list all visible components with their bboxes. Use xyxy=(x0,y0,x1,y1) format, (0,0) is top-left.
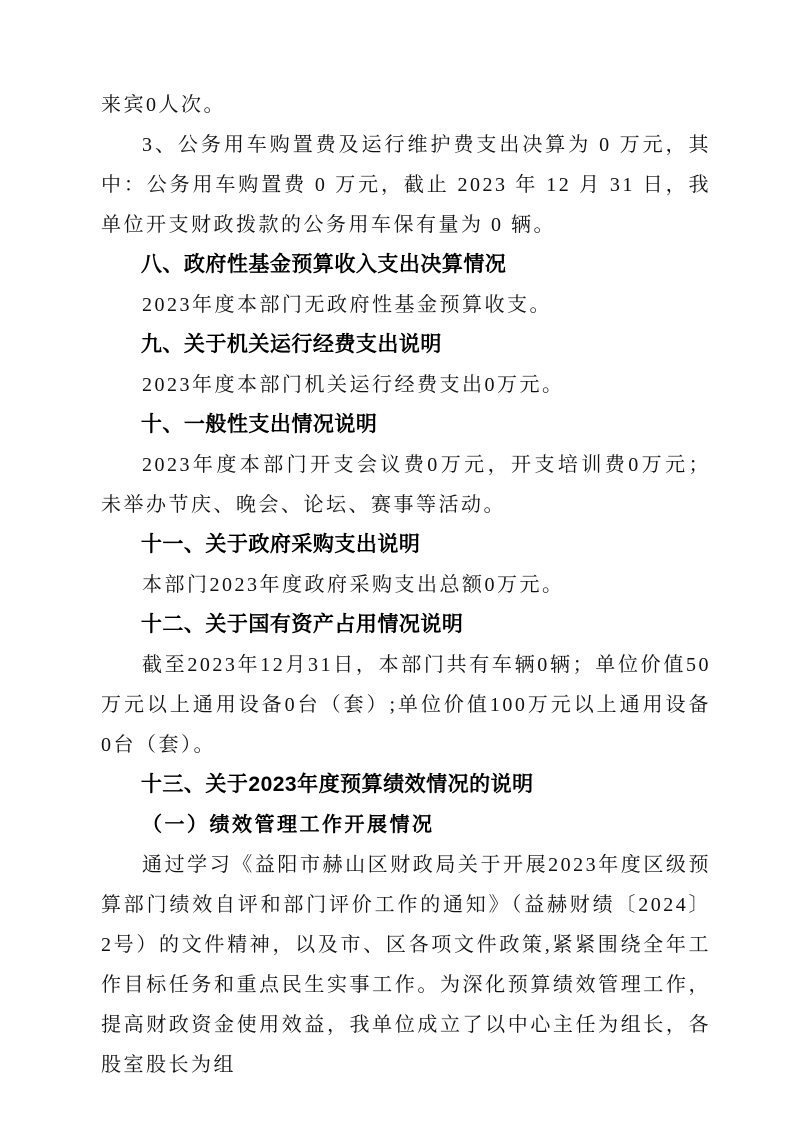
section-heading-9-operating-expenses: 九、关于机关运行经费支出说明 xyxy=(101,325,711,365)
section-heading-10-general-expenditure: 十、一般性支出情况说明 xyxy=(101,405,711,445)
paragraph-government-funds: 2023年度本部门无政府性基金预算收支。 xyxy=(101,285,711,325)
paragraph-general-expenditure: 2023年度本部门开支会议费0万元，开支培训费0万元；未举办节庆、晚会、论坛、赛… xyxy=(101,445,711,525)
document-page: 来宾0人次。 3、公务用车购置费及运行维护费支出决算为 0 万元，其中：公务用车… xyxy=(0,0,794,1122)
section-heading-11-procurement: 十一、关于政府采购支出说明 xyxy=(101,525,711,565)
subsection-heading-performance-management: （一）绩效管理工作开展情况 xyxy=(101,805,711,845)
paragraph-procurement: 本部门2023年度政府采购支出总额0万元。 xyxy=(101,565,711,605)
paragraph-official-vehicle-expense: 3、公务用车购置费及运行维护费支出决算为 0 万元，其中：公务用车购置费 0 万… xyxy=(101,125,711,245)
paragraph-performance-management: 通过学习《益阳市赫山区财政局关于开展2023年度区级预算部门绩效自评和部门评价工… xyxy=(101,845,711,1085)
paragraph-operating-expenses: 2023年度本部门机关运行经费支出0万元。 xyxy=(101,365,711,405)
paragraph-guests-count: 来宾0人次。 xyxy=(101,85,711,125)
paragraph-state-assets: 截至2023年12月31日，本部门共有车辆0辆；单位价值50万元以上通用设备0台… xyxy=(101,645,711,765)
section-heading-13-budget-performance: 十三、关于2023年度预算绩效情况的说明 xyxy=(101,765,711,805)
section-heading-12-state-assets: 十二、关于国有资产占用情况说明 xyxy=(101,605,711,645)
document-content: 来宾0人次。 3、公务用车购置费及运行维护费支出决算为 0 万元，其中：公务用车… xyxy=(101,85,711,1085)
section-heading-8-government-funds: 八、政府性基金预算收入支出决算情况 xyxy=(101,245,711,285)
